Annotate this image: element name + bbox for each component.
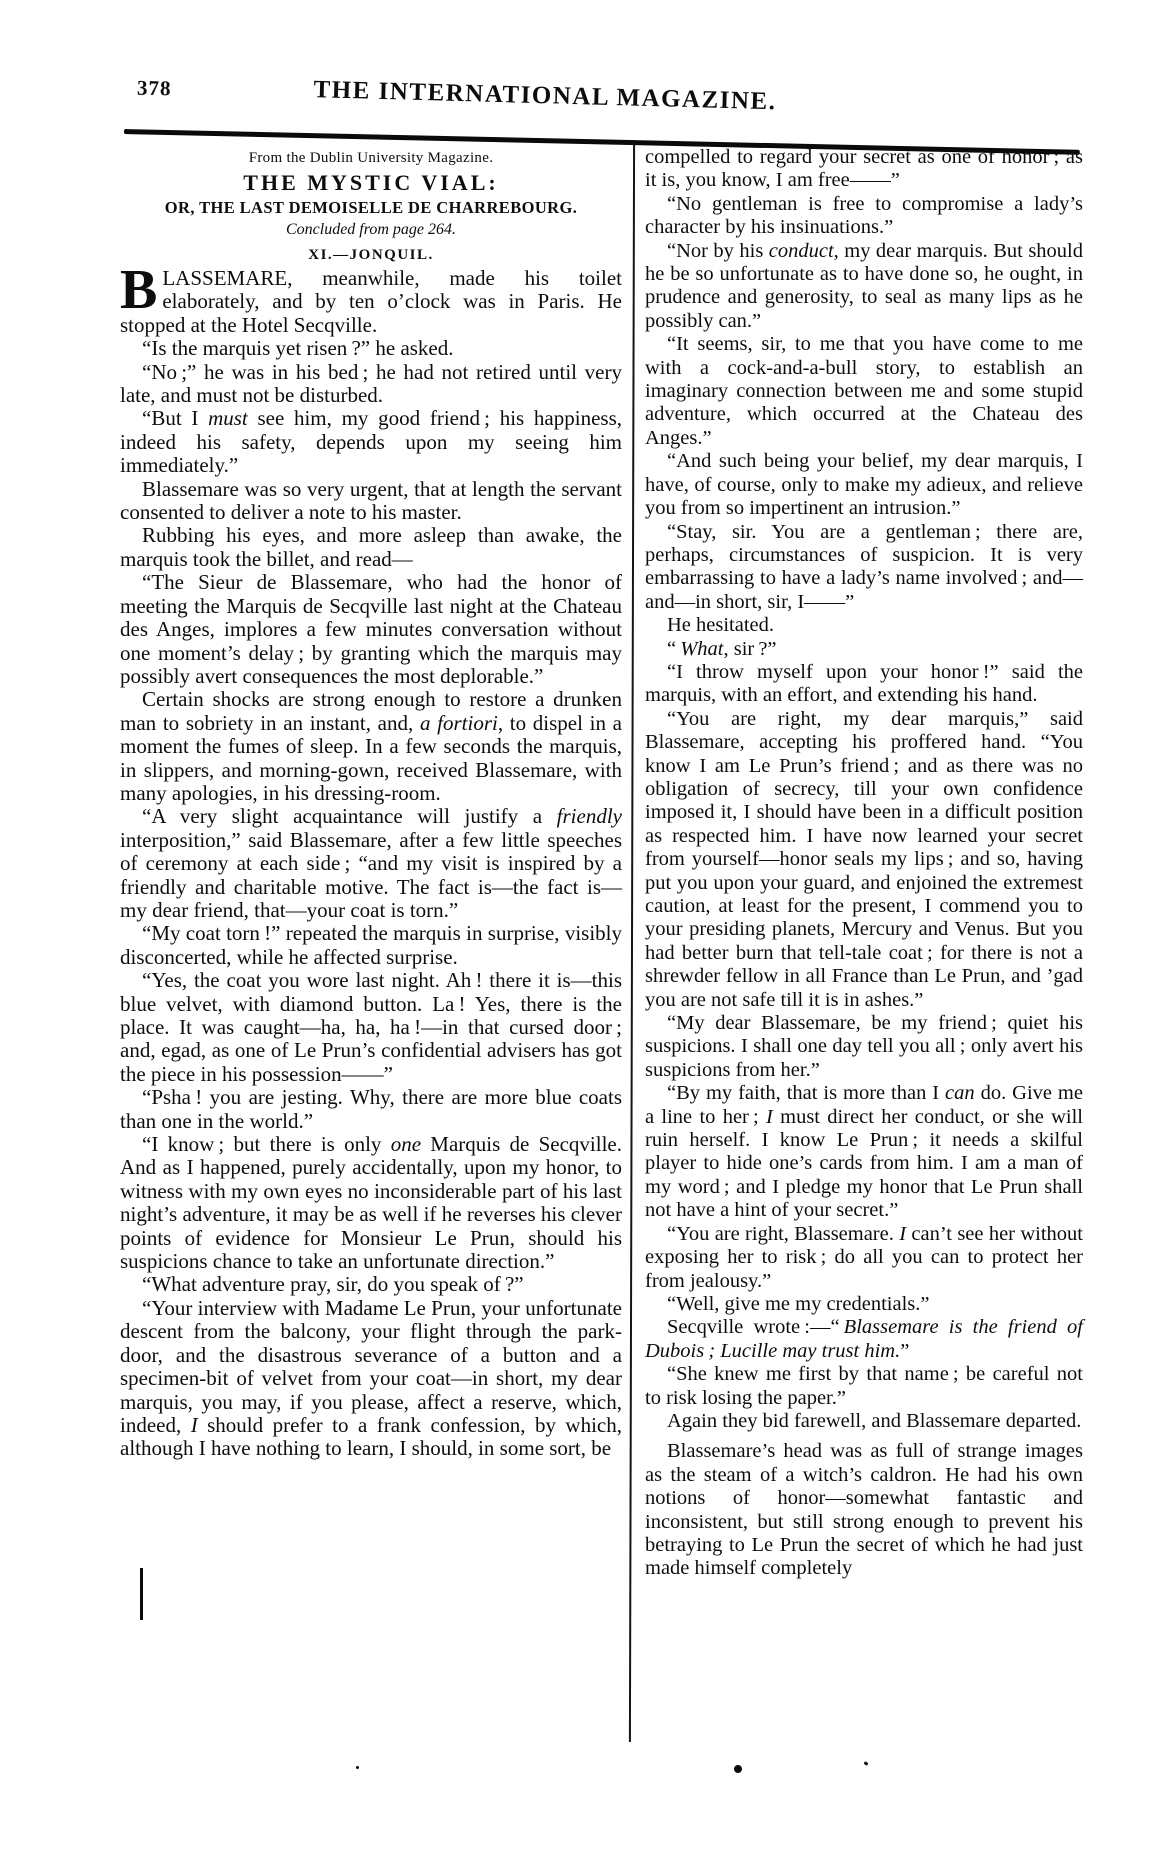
paragraph: “Your interview with Madame Le Prun, you… xyxy=(120,1297,622,1461)
text-run: “Nor by his xyxy=(667,240,769,262)
paragraph: “She knew me first by that name ; be car… xyxy=(645,1363,1083,1410)
text-run: , sir ?” xyxy=(723,638,776,660)
italic-text: I xyxy=(766,1106,773,1128)
ink-speck xyxy=(356,1766,359,1769)
magazine-page: 378 THE INTERNATIONAL MAGAZINE. From the… xyxy=(0,0,1176,1850)
text-run: “Yes, the coat you wore last night. Ah !… xyxy=(120,968,622,1086)
paragraph: “My coat torn !” repeated the marquis in… xyxy=(120,922,622,969)
text-run: interposition,” said Blassemare, after a… xyxy=(120,828,622,922)
italic-text: must xyxy=(208,406,248,430)
paragraph: “But I must see him, my good friend ; hi… xyxy=(120,407,622,477)
italic-text: a fortiori xyxy=(420,711,498,735)
text-run: “But I xyxy=(142,406,208,430)
text-run: Secqville wrote :—“ xyxy=(667,1316,844,1338)
drop-cap: B xyxy=(120,267,162,311)
text-run: “No ;” he was in his bed ; he had not re… xyxy=(120,360,622,407)
text-run: LASSEMARE, meanwhile, made his toilet el… xyxy=(120,266,622,337)
paragraph: compelled to regard your secret as one o… xyxy=(645,146,1083,193)
paragraph: “I throw myself upon your honor !” said … xyxy=(645,661,1083,708)
italic-text: I xyxy=(191,1413,198,1437)
paragraph: “Psha ! you are jesting. Why, there are … xyxy=(120,1086,622,1133)
paragraph: Certain shocks are strong enough to rest… xyxy=(120,688,622,805)
text-run: He hesitated. xyxy=(667,614,774,636)
text-run: “I know ; but there is only xyxy=(142,1132,391,1156)
text-run: “What adventure pray, sir, do you speak … xyxy=(142,1272,524,1296)
article-subtitle: OR, THE LAST DEMOISELLE DE CHARREBOURG. xyxy=(120,198,622,218)
italic-text: one xyxy=(391,1132,421,1156)
paragraph: “By my faith, that is more than I can do… xyxy=(645,1082,1083,1222)
paragraph: “You are right, Blassemare. I can’t see … xyxy=(645,1223,1083,1293)
ink-speck xyxy=(864,1761,869,1766)
paragraph: “You are right, my dear marquis,” said B… xyxy=(645,708,1083,1012)
paragraph: “Is the marquis yet risen ?” he asked. xyxy=(120,337,622,360)
text-run: “Well, give me my credentials.” xyxy=(667,1293,929,1315)
magazine-masthead: THE INTERNATIONAL MAGAZINE. xyxy=(120,71,970,121)
paragraph: “My dear Blassemare, be my friend ; quie… xyxy=(645,1012,1083,1082)
paragraph: He hesitated. xyxy=(645,614,1083,637)
article-title: THE MYSTIC VIAL: xyxy=(120,170,622,196)
text-run: “A very slight acquaintance will justify… xyxy=(142,804,557,828)
text-run: “Stay, sir. You are a gentleman ; there … xyxy=(645,521,1083,613)
italic-text: conduct xyxy=(769,240,834,262)
text-run: Blassemare was so very urgent, that at l… xyxy=(120,477,622,524)
text-run: “She knew me first by that name ; be car… xyxy=(645,1363,1083,1408)
text-run: “And such being your belief, my dear mar… xyxy=(645,450,1083,519)
text-run: “No gentleman is free to compromise a la… xyxy=(645,193,1083,238)
italic-text: friendly xyxy=(557,804,622,828)
paragraph: “A very slight acquaintance will justify… xyxy=(120,805,622,922)
paragraph: “And such being your belief, my dear mar… xyxy=(645,450,1083,520)
text-run: ” xyxy=(900,1340,909,1362)
paragraph: “It seems, sir, to me that you have come… xyxy=(645,333,1083,450)
paragraph: Blassemare’s head was as full of strange… xyxy=(645,1440,1083,1580)
paragraph: “Nor by his conduct, my dear marquis. Bu… xyxy=(645,240,1083,334)
paragraph: Rubbing his eyes, and more asleep than a… xyxy=(120,524,622,571)
text-run: “The Sieur de Blassemare, who had the ho… xyxy=(120,570,622,688)
continuation-note: Concluded from page 264. xyxy=(120,221,622,239)
right-column: compelled to regard your secret as one o… xyxy=(645,146,1083,1581)
text-run: “My coat torn !” repeated the marquis in… xyxy=(120,921,622,968)
paragraph: “I know ; but there is only one Marquis … xyxy=(120,1133,622,1273)
italic-text: What xyxy=(680,638,723,660)
text-run: Rubbing his eyes, and more asleep than a… xyxy=(120,523,622,570)
paragraph: “No gentleman is free to compromise a la… xyxy=(645,193,1083,240)
italic-text: can xyxy=(945,1082,975,1104)
paragraph: Blassemare was so very urgent, that at l… xyxy=(120,478,622,525)
paragraph: Secqville wrote :—“ Blassemare is the fr… xyxy=(645,1316,1083,1363)
italic-text: I xyxy=(899,1223,906,1245)
paragraph: “What adventure pray, sir, do you speak … xyxy=(120,1273,622,1296)
paragraph: Again they bid farewell, and Blassemare … xyxy=(645,1410,1083,1433)
paragraph: “Yes, the coat you wore last night. Ah !… xyxy=(120,969,622,1086)
paragraph: “Well, give me my credentials.” xyxy=(645,1293,1083,1316)
text-run: “By my faith, that is more than I xyxy=(667,1082,945,1104)
paragraph: “ What, sir ?” xyxy=(645,638,1083,661)
text-run: “You are right, Blassemare. xyxy=(667,1223,899,1245)
paragraph: “The Sieur de Blassemare, who had the ho… xyxy=(120,571,622,688)
text-run: “Psha ! you are jesting. Why, there are … xyxy=(120,1085,622,1132)
text-run: “I throw myself upon your honor !” said … xyxy=(645,661,1083,706)
article-source-line: From the Dublin University Magazine. xyxy=(120,150,622,167)
text-run: compelled to regard your secret as one o… xyxy=(645,146,1083,191)
text-run: “It seems, sir, to me that you have come… xyxy=(645,333,1083,449)
text-run: Blassemare’s head was as full of strange… xyxy=(645,1440,1083,1579)
scan-edge-artifact xyxy=(140,1568,143,1620)
paragraph: “No ;” he was in his bed ; he had not re… xyxy=(120,361,622,408)
ink-speck xyxy=(734,1765,742,1773)
text-run: “Is the marquis yet risen ?” he asked. xyxy=(142,336,454,360)
paragraph: BLASSEMARE, meanwhile, made his toilet e… xyxy=(120,267,622,337)
paragraph: “Stay, sir. You are a gentleman ; there … xyxy=(645,521,1083,615)
text-run: “ xyxy=(667,638,680,660)
column-divider xyxy=(629,142,635,1742)
left-column: From the Dublin University Magazine. THE… xyxy=(120,150,622,1461)
text-run: “My dear Blassemare, be my friend ; quie… xyxy=(645,1012,1083,1081)
text-run: Again they bid farewell, and Blassemare … xyxy=(667,1410,1081,1432)
chapter-heading: XI.—JONQUIL. xyxy=(120,247,622,264)
text-run: “You are right, my dear marquis,” said B… xyxy=(645,708,1083,1011)
